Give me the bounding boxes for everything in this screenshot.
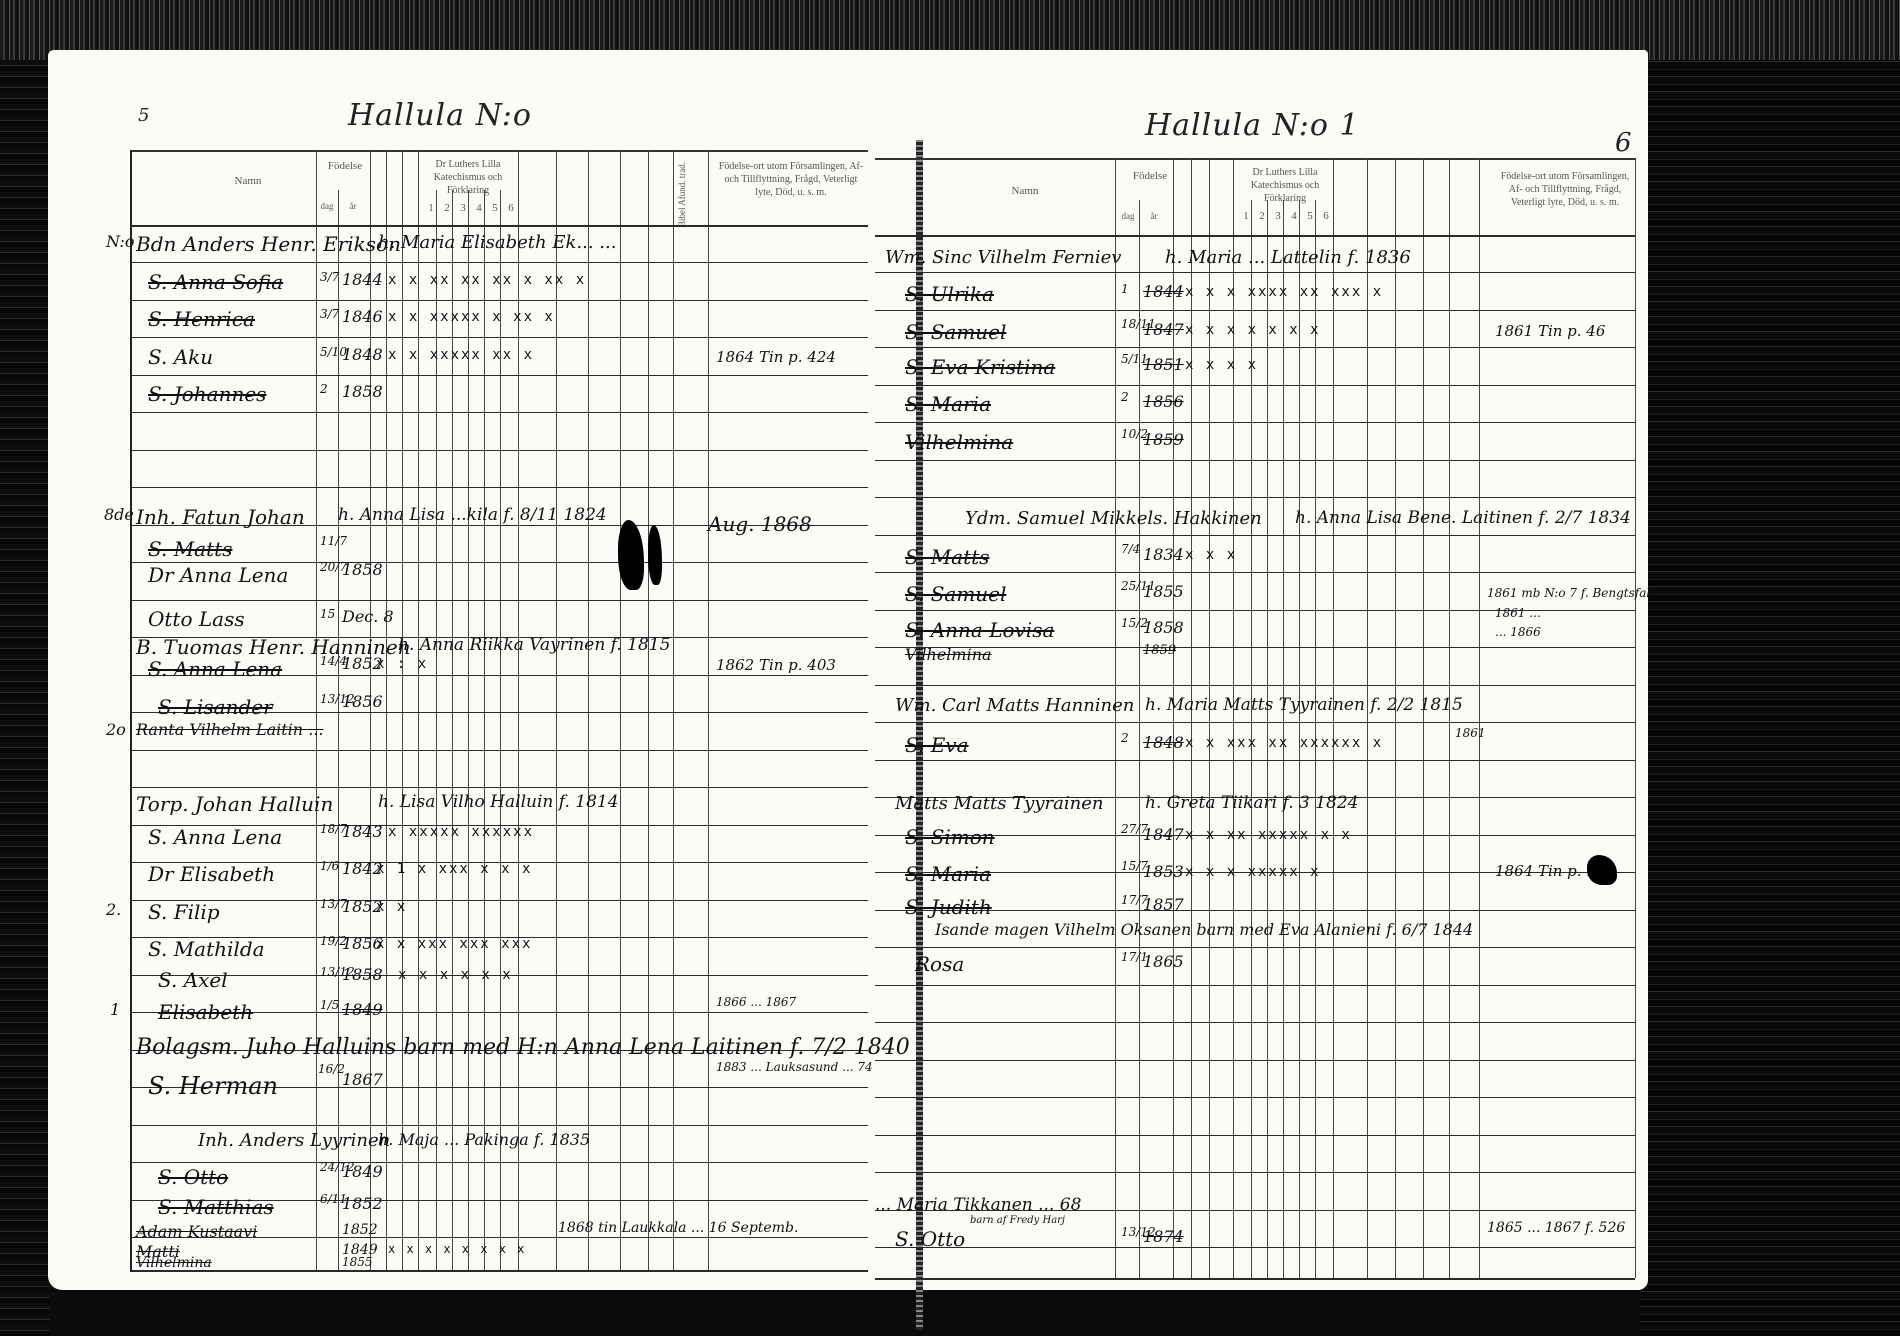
entry-birth-year: 1858 xyxy=(342,560,383,579)
entry-spouse: h. Lisa Vilho Halluin f. 1814 xyxy=(378,792,619,812)
entry-birth-year: 1852 xyxy=(342,1222,378,1238)
row-margin-number: N:o xyxy=(106,232,134,251)
entry-name: S. Johannes xyxy=(148,382,266,406)
entry-name: Matts Matts Tyyrainen xyxy=(895,793,1103,814)
entry-birth-day: 2 xyxy=(1121,731,1129,745)
entry-name: S. Eva Kristina xyxy=(905,355,1055,379)
entry-name: S. Otto xyxy=(895,1227,965,1251)
entry-name: Torp. Johan Halluin xyxy=(136,792,333,816)
entry-birth-day: 1/5 xyxy=(320,998,339,1012)
entry-name: Bolagsm. Juho Halluins barn med H:n Anna… xyxy=(136,1035,910,1060)
row-margin-number: 2. xyxy=(106,900,121,919)
entry-remark: Aug. 1868 xyxy=(708,512,812,536)
entry-catechism-marks: x x x xxxxx x xyxy=(1185,864,1321,880)
entry-remark: 1861 ... xyxy=(1495,606,1541,620)
entry-name: Rosa xyxy=(915,952,964,976)
left-page: Hallula N:o 5 Namn Födelse dag år Dr Lut… xyxy=(48,50,868,1290)
entry-birth-day: 3/7 xyxy=(320,307,339,321)
entry-spouse: h. Anna Lisa ...kila f. 8/11 1824 xyxy=(338,505,607,525)
entry-spouse: h. Maja ... Pakinga f. 1835 xyxy=(378,1130,590,1149)
entry-name: S. Lisander xyxy=(158,695,273,719)
entry-name: S. Ulrika xyxy=(905,282,994,306)
entry-name: S. Anna Lovisa xyxy=(905,618,1054,642)
entry-birth-year: Dec. 8 xyxy=(342,607,394,626)
entry-birth-day: 2 xyxy=(1121,390,1129,404)
scan-border-right xyxy=(1640,60,1900,1336)
entry-catechism-marks: x x xx xxxxx x x xyxy=(1185,827,1352,843)
entry-name: Dr Anna Lena xyxy=(148,563,288,587)
entry-birth-year: 1874 xyxy=(1143,1227,1184,1246)
entry-name: Inh. Fatun Johan xyxy=(136,505,305,529)
row-margin-number: 2o xyxy=(106,720,126,739)
entry-catechism-marks: x x x x xyxy=(1185,357,1258,373)
entry-catechism-marks: x x xxxxx xx x xyxy=(388,347,534,363)
col-header-remarks: Födelse-ort utom Församlingen, Af- och T… xyxy=(1495,170,1635,209)
col-header-namn: Namn xyxy=(198,175,298,188)
entry-name: Wm. Carl Matts Hanninen xyxy=(895,695,1134,716)
entry-birth-year: 1843 xyxy=(342,822,383,841)
entry-catechism-marks: x : x xyxy=(376,656,428,672)
entry-birth-year: 1858 xyxy=(342,382,383,401)
col-header-remarks: Födelse-ort utom Församlingen, Af- och T… xyxy=(716,160,866,199)
entry-remark: 1868 tin Laukkala ... 16 Septemb. xyxy=(558,1220,798,1236)
entry-birth-year: 1859 xyxy=(1143,643,1176,658)
entry-name: S. Henrica xyxy=(148,307,255,331)
col-header-luther-6: 6 xyxy=(504,202,518,215)
entry-birth-day: 7/4 xyxy=(1121,542,1140,556)
entry-remark: 1864 Tin p. 424 xyxy=(716,348,836,366)
entry-name: Wm. Sinc Vilhelm Ferniev xyxy=(885,247,1121,268)
entry-catechism-marks: x x xxx xx xxxxxx x xyxy=(1185,735,1383,751)
entry-name: S. Aku xyxy=(148,345,213,369)
entry-spouse: h. Anna Lisa Bene. Laitinen f. 2/7 1834 xyxy=(1295,508,1631,528)
entry-name: S. Samuel xyxy=(905,582,1006,606)
entry-remark: 1883 ... Lauksasund ... 74 xyxy=(716,1060,873,1074)
col-header-ar: år xyxy=(344,200,362,213)
col-header-namn: Namn xyxy=(975,185,1075,198)
col-header-fodelse: Födelse xyxy=(1125,170,1175,183)
entry-spouse: h. Greta Tiikari f. 3 1824 xyxy=(1145,793,1359,813)
right-page: Hallula N:o 1 6 Namn Födelse dag år Dr L… xyxy=(875,50,1648,1290)
col-header-ar: år xyxy=(1145,210,1163,223)
entry-name: Elisabeth xyxy=(158,1000,253,1024)
entry-name: S. Samuel xyxy=(905,320,1006,344)
entry-catechism-marks: x x x xyxy=(1185,547,1237,563)
entry-name: Isande magen Vilhelm Oksanen barn med Ev… xyxy=(935,920,1473,939)
entry-birth-year: 1858 xyxy=(1143,618,1184,637)
entry-name: Dr Elisabeth xyxy=(148,862,275,886)
entry-catechism-marks: x x xx xx xx x xx x xyxy=(388,272,586,288)
entry-birth-year: 1855 xyxy=(1143,582,1184,601)
entry-spouse: h. Maria Matts Tyyrainen f. 2/2 1815 xyxy=(1145,695,1463,715)
entry-name: S. Anna Lena xyxy=(148,825,282,849)
entry-name: Vilhelmina xyxy=(905,430,1013,454)
entry-name: S. Filip xyxy=(148,900,220,924)
entry-birth-year: 1846 xyxy=(342,307,383,326)
entry-birth-year: 1858 xyxy=(342,965,383,984)
entry-name: Bdn Anders Henr. Erikson xyxy=(136,232,401,256)
entry-catechism-marks: x x xxx xxx xxx xyxy=(376,936,532,952)
col-header-bibel: Bibel Afund. trad. xyxy=(676,160,689,230)
entry-remark: 1866 ... 1867 xyxy=(716,995,796,1009)
entry-birth-year: 1848 xyxy=(342,345,383,364)
entry-name: S. Matts xyxy=(148,537,232,561)
entry-remark: 1861 mb N:o 7 f. Bengtsfalk xyxy=(1487,586,1658,600)
entry-catechism-marks: x xxxxx xxxxxx xyxy=(388,824,534,840)
entry-birth-day: 11/7 xyxy=(320,534,347,548)
entry-name: Ranta Vilhelm Laitin ... xyxy=(136,720,323,739)
right-page-number: 6 xyxy=(1615,128,1632,158)
entry-birth-day: 2 xyxy=(320,382,328,396)
col-header-luther: Dr Luthers Lilla Katechismus och Förklar… xyxy=(1235,166,1335,205)
row-margin-number: 8de xyxy=(104,505,134,524)
entry-birth-year: 1847 xyxy=(1143,320,1184,339)
entry-catechism-marks: x x x x x x x x xyxy=(388,1242,526,1256)
entry-name: S. Simon xyxy=(905,825,995,849)
entry-annotation: barn af Fredy Harj xyxy=(970,1215,1065,1226)
entry-birth-year: 1848 xyxy=(1143,733,1184,752)
entry-catechism-marks: x x x xxxx xx xxx x xyxy=(1185,284,1383,300)
entry-name: S. Maria xyxy=(905,862,991,886)
entry-birth-year: 1855 xyxy=(342,1255,373,1269)
entry-name: Vilhelmina xyxy=(136,1255,212,1271)
entry-name: S. Axel xyxy=(158,968,228,992)
entry-name: ... Maria Tikkanen ... 68 xyxy=(875,1195,1081,1215)
col-header-dag: dag xyxy=(318,200,336,213)
entry-remark: 1862 Tin p. 403 xyxy=(716,656,836,674)
entry-birth-year: 1865 xyxy=(1143,952,1184,971)
entry-remark: ... 1866 xyxy=(1495,625,1541,639)
entry-birth-day: 1/6 xyxy=(320,859,339,873)
entry-catechism-marks: x x x x x x xyxy=(398,967,513,983)
entry-spouse: h. Maria ... Lattelin f. 1836 xyxy=(1165,247,1411,268)
entry-catechism-marks: x x x x x x x xyxy=(1185,322,1321,338)
entry-name: Vilhelmina xyxy=(905,645,992,664)
entry-name: S. Herman xyxy=(148,1072,278,1100)
entry-name: Otto Lass xyxy=(148,607,245,631)
entry-birth-year: 1852 xyxy=(342,1194,383,1213)
entry-birth-year: 1867 xyxy=(342,1070,383,1089)
entry-spouse: h. Maria Elisabeth Ek... ... xyxy=(378,232,616,253)
entry-birth-year: 1857 xyxy=(1143,895,1184,914)
col-header-dag: dag xyxy=(1119,210,1137,223)
left-page-heading: Hallula N:o xyxy=(348,98,532,133)
right-page-heading: Hallula N:o 1 xyxy=(1145,108,1360,143)
rule xyxy=(130,150,132,1270)
entry-birth-year: 1849 xyxy=(342,1000,383,1019)
entry-name: S. Judith xyxy=(905,895,992,919)
col-header-luther-6: 6 xyxy=(1319,210,1333,223)
entry-birth-year: 1844 xyxy=(342,270,383,289)
entry-birth-year: 1834 xyxy=(1143,545,1184,564)
left-page-number: 5 xyxy=(138,105,149,126)
entry-spouse: h. Anna Riikka Vayrinen f. 1815 xyxy=(398,635,670,655)
entry-birth-year: 1844 xyxy=(1143,282,1184,301)
entry-catechism-marks: x 1 x xxx x x x xyxy=(376,861,532,877)
entry-birth-year: 1849 xyxy=(342,1162,383,1181)
entry-birth-year: 1856 xyxy=(342,692,383,711)
entry-birth-day: 15 xyxy=(320,607,335,621)
entry-name: S. Otto xyxy=(158,1165,228,1189)
entry-name: S. Anna Sofia xyxy=(148,270,283,294)
entry-birth-year: 1859 xyxy=(1143,430,1184,449)
entry-birth-day: 16/2 xyxy=(318,1062,345,1076)
entry-birth-year: 1847 xyxy=(1143,825,1184,844)
entry-remark: 1861 xyxy=(1455,726,1486,740)
entry-name: S. Maria xyxy=(905,392,991,416)
entry-birth-day: 3/7 xyxy=(320,270,339,284)
entry-name: Inh. Anders Lyyrinen xyxy=(198,1130,390,1151)
entry-remark: 1861 Tin p. 46 xyxy=(1495,322,1605,340)
entry-name: S. Matts xyxy=(905,545,989,569)
entry-name: S. Mathilda xyxy=(148,937,265,961)
entry-name: S. Matthias xyxy=(158,1195,274,1219)
entry-birth-year: 1856 xyxy=(1143,392,1184,411)
entry-birth-year: 1851 xyxy=(1143,355,1184,374)
entry-name: S. Anna Lena xyxy=(148,657,282,681)
entry-catechism-marks: x x xyxy=(376,899,407,915)
entry-remark: 1865 ... 1867 f. 526 xyxy=(1487,1220,1625,1236)
entry-catechism-marks: x x xxxxx x xx x xyxy=(388,309,555,325)
row-margin-number: 1 xyxy=(110,1000,120,1019)
entry-name: Ydm. Samuel Mikkels. Hakkinen xyxy=(965,508,1262,529)
entry-name: S. Eva xyxy=(905,733,969,757)
entry-birth-day: 1 xyxy=(1121,282,1129,296)
register-book-spread: Hallula N:o 5 Namn Födelse dag år Dr Lut… xyxy=(48,50,1648,1290)
scan-border-left xyxy=(0,60,50,1336)
col-header-fodelse: Födelse xyxy=(320,160,370,173)
entry-name: Adam Kustaavi xyxy=(136,1222,257,1241)
entry-birth-year: 1853 xyxy=(1143,862,1184,881)
